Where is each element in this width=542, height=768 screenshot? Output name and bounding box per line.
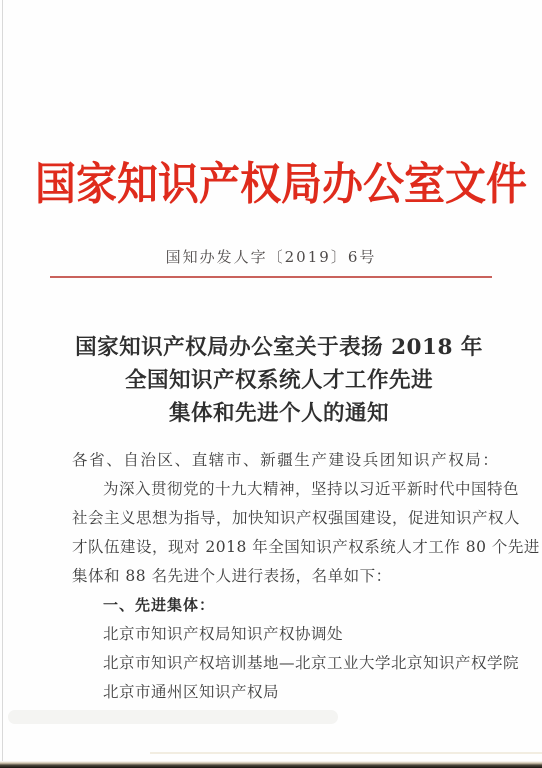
list-item-3: 北京市通州区知识产权局	[72, 678, 474, 707]
paragraph-line-4: 集体和 88 名先进个人进行表扬，名单如下：	[72, 562, 474, 591]
paragraph-line-3: 才队伍建设，现对 2018 年全国知识产权系统人才工作 80 个先进	[72, 533, 474, 562]
scan-edge-line	[2, 0, 3, 768]
scanned-document-page: 国家知识产权局办公室文件 国知办发人字〔2019〕6号 国家知识产权局办公室关于…	[0, 0, 542, 768]
document-number: 国知办发人字〔2019〕6号	[0, 246, 542, 267]
paragraph-line-2: 社会主义思想为指导，加快知识产权强国建设，促进知识产权人	[72, 504, 474, 533]
notice-body: 各省、自治区、直辖市、新疆生产建设兵团知识产权局： 为深入贯彻党的十九大精神，坚…	[72, 446, 474, 707]
document-header-title: 国家知识产权局办公室文件	[10, 148, 542, 212]
scan-bottom-edge	[0, 761, 542, 768]
notice-title-line-2: 全国知识产权系统人才工作先进	[8, 364, 542, 397]
section-heading: 一、先进集体：	[72, 591, 474, 620]
notice-title: 国家知识产权局办公室关于表扬 2018 年 全国知识产权系统人才工作先进 集体和…	[8, 331, 542, 430]
notice-title-line-1: 国家知识产权局办公室关于表扬 2018 年	[8, 331, 542, 364]
notice-title-line-3: 集体和先进个人的通知	[8, 397, 542, 430]
list-item-2: 北京市知识产权培训基地—北京工业大学北京知识产权学院	[72, 649, 474, 678]
scan-smudge-artifact	[8, 710, 338, 724]
salutation-line: 各省、自治区、直辖市、新疆生产建设兵团知识产权局：	[72, 446, 474, 475]
list-item-1: 北京市知识产权局知识产权协调处	[72, 620, 474, 649]
header-divider-rule	[50, 276, 492, 278]
paragraph-line-1: 为深入贯彻党的十九大精神，坚持以习近平新时代中国特色	[72, 475, 474, 504]
scan-bottom-shadow	[150, 752, 542, 754]
